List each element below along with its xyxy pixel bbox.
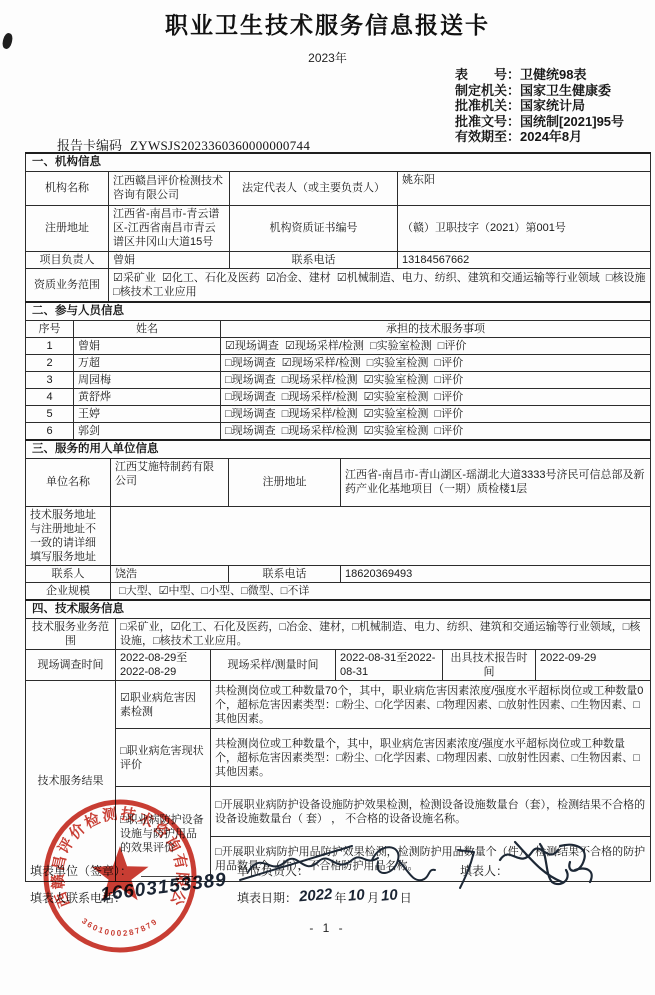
org-reg-addr-label: 注册地址: [26, 205, 109, 251]
form-meta-block: 表 号：卫健统98表 制定机关：国家卫生健康委 批准机关：国家统计局 批准文号：…: [455, 67, 624, 145]
form-title: 职业卫生技术服务信息报送卡: [0, 0, 655, 40]
result-item-status-evaluation: □职业病危害现状评价: [116, 729, 211, 787]
employer-phone-value: 18620369493: [341, 566, 651, 583]
employer-contact-value: 饶浩: [111, 566, 229, 583]
participant-tasks: □现场调查 □现场采样/检测 ☑实验室检测 □评价: [221, 405, 651, 422]
section4-table: 四、技术服务信息 技术服务业务范围 □采矿业，☑化工、石化及医药，□冶金、建材，…: [25, 599, 651, 882]
fill-date-label: 填表日期：: [237, 891, 297, 905]
employer-name-label: 单位名称: [26, 458, 111, 506]
participant-no: 5: [26, 405, 74, 422]
form-tables: 一、机构信息 机构名称 江西赣昌评价检测技术咨询有限公司 法定代表人（或主要负责…: [25, 152, 650, 882]
qual-scope-checkboxes: ☑采矿业 ☑化工、石化及医药 ☑冶金、建材 ☑机械制造、电力、纺织、建筑和交通运…: [109, 268, 651, 301]
page-number: - 1 -: [0, 921, 655, 935]
participant-name: 周园梅: [74, 371, 221, 388]
service-addr-value: [111, 506, 651, 565]
unit-head-label: 单位负责人：: [237, 862, 309, 879]
sign-unit-label: 填表单位（签章）：: [30, 862, 132, 879]
enterprise-size-checkboxes: □大型、☑中型、□小型、□微型、□不详: [111, 583, 651, 600]
filler-label: 填表人：: [460, 862, 508, 879]
report-time-value: 2022-09-29: [536, 650, 651, 681]
employer-reg-addr-label: 注册地址: [229, 458, 341, 506]
section3-title: 三、服务的用人单位信息: [26, 440, 651, 458]
participant-name: 曾娟: [74, 337, 221, 354]
meta-line-valid: 有效期至：2024年8月: [455, 129, 624, 145]
meta-line-approver: 批准机关：国家统计局: [455, 98, 624, 114]
employer-name-value: 江西艾施特制药有限公司: [111, 458, 229, 506]
fill-date-line: 填表日期：2022年10月10日: [237, 889, 412, 906]
project-manager-label: 项目负责人: [26, 251, 109, 268]
service-scope-checkboxes: □采矿业，☑化工、石化及医药，□冶金、建材，□机械制造、电力、纺织、建筑和交通运…: [116, 618, 651, 649]
participant-tasks: □现场调查 ☑现场采样/检测 □实验室检测 □评价: [221, 354, 651, 371]
report-card-code-value: ZYWSJS2023360360000000744: [130, 138, 310, 153]
result-item-factor-detection: ☑职业病危害因素检测: [116, 681, 211, 729]
participant-tasks: ☑现场调查 ☑现场采样/检测 □实验室检测 □评价: [221, 337, 651, 354]
year-suffix: 年: [334, 891, 346, 905]
employer-reg-addr-value: 江西省-南昌市-青山湖区-瑶湖北大道3333号济民可信总部及新药产业化基地项目（…: [341, 458, 651, 506]
participant-row: 2 万超 □现场调查 ☑现场采样/检测 □实验室检测 □评价: [26, 354, 651, 371]
section1-title: 一、机构信息: [26, 153, 651, 171]
org-phone-value: 13184567662: [398, 251, 651, 268]
section3-table: 三、服务的用人单位信息 单位名称 江西艾施特制药有限公司 注册地址 江西省-南昌…: [25, 439, 651, 600]
participant-tasks: □现场调查 □现场采样/检测 ☑实验室检测 □评价: [221, 388, 651, 405]
result-detail-status-evaluation: 共检测岗位或工种数量个，其中，职业病危害因素浓度/强度水平超标岗位或工种数量个，…: [211, 729, 651, 787]
employer-contact-label: 联系人: [26, 566, 111, 583]
participant-row: 3 周园梅 □现场调查 □现场采样/检测 ☑实验室检测 □评价: [26, 371, 651, 388]
participant-row: 1 曾娟 ☑现场调查 ☑现场采样/检测 □实验室检测 □评价: [26, 337, 651, 354]
cert-no-value: （赣）卫职技字（2021）第001号: [398, 205, 651, 251]
meta-line-form-no: 表 号：卫健统98表: [455, 67, 624, 83]
legal-rep-label: 法定代表人（或主要负责人）: [230, 171, 398, 205]
section1-table: 一、机构信息 机构名称 江西赣昌评价检测技术咨询有限公司 法定代表人（或主要负责…: [25, 152, 651, 302]
sampling-time-label: 现场采样/测量时间: [211, 650, 336, 681]
scanned-form-page: 职业卫生技术服务信息报送卡 2023年 表 号：卫健统98表 制定机关：国家卫生…: [0, 0, 655, 995]
legal-rep-value: 姚东阳: [398, 171, 651, 205]
meta-line-maker: 制定机关：国家卫生健康委: [455, 83, 624, 99]
participant-no: 2: [26, 354, 74, 371]
result-detail-factor-detection: 共检测岗位或工种数量70个，其中，职业病危害因素浓度/强度水平超标岗位或工种数量…: [211, 681, 651, 729]
cert-no-label: 机构资质证书编号: [230, 205, 398, 251]
section2-table: 二、参与人员信息 序号 姓名 承担的技术服务事项 1 曾娟 ☑现场调查 ☑现场采…: [25, 301, 651, 440]
service-addr-label: 技术服务地址与注册地址不一致的请详细填写服务地址: [26, 506, 111, 565]
participant-no: 1: [26, 337, 74, 354]
participant-row: 5 王婷 □现场调查 □现场采样/检测 ☑实验室检测 □评价: [26, 405, 651, 422]
participant-name: 黄舒烨: [74, 388, 221, 405]
service-scope-label: 技术服务业务范围: [26, 618, 116, 649]
employer-phone-label: 联系电话: [229, 566, 341, 583]
org-reg-addr-value: 江西省-南昌市-青云谱区-江西省南昌市青云谱区井冈山大道15号: [109, 205, 230, 251]
sampling-time-value: 2022-08-31至2022-08-31: [336, 650, 443, 681]
org-name-value: 江西赣昌评价检测技术咨询有限公司: [109, 171, 230, 205]
participant-name: 郭剑: [74, 422, 221, 439]
col-header-name: 姓名: [74, 320, 221, 337]
participant-name: 万超: [74, 354, 221, 371]
participant-name: 王婷: [74, 405, 221, 422]
section2-title: 二、参与人员信息: [26, 302, 651, 320]
service-result-label: 技术服务结果: [26, 681, 116, 882]
participant-tasks: □现场调查 □现场采样/检测 ☑实验室检测 □评价: [221, 371, 651, 388]
survey-time-label: 现场调查时间: [26, 650, 116, 681]
col-header-tasks: 承担的技术服务事项: [221, 320, 651, 337]
survey-time-value: 2022-08-29至2022-08-29: [116, 650, 211, 681]
org-phone-label: 联系电话: [230, 251, 398, 268]
day-suffix: 日: [400, 891, 412, 905]
participant-row: 6 郭剑 □现场调查 □现场采样/检测 ☑实验室检测 □评价: [26, 422, 651, 439]
participant-tasks: □现场调查 □现场采样/检测 ☑实验室检测 □评价: [221, 422, 651, 439]
month-suffix: 月: [367, 891, 379, 905]
participant-no: 3: [26, 371, 74, 388]
enterprise-size-label: 企业规模: [26, 583, 111, 600]
handwritten-day: 10: [380, 886, 398, 904]
meta-line-doc-no: 批准文号：国统制[2021]95号: [455, 114, 624, 130]
result-detail-equipment: □开展职业病防护设备设施防护效果检测，检测设备设施数量台（套），检测结果不合格的…: [211, 787, 651, 837]
org-name-label: 机构名称: [26, 171, 109, 205]
section4-title: 四、技术服务信息: [26, 600, 651, 618]
participant-no: 4: [26, 388, 74, 405]
handwritten-year: 2022: [298, 886, 333, 906]
form-year: 2023年: [0, 49, 655, 66]
qual-scope-label: 资质业务范围: [26, 268, 109, 301]
project-manager-value: 曾娟: [109, 251, 230, 268]
col-header-no: 序号: [26, 320, 74, 337]
participant-no: 6: [26, 422, 74, 439]
report-card-code-label: 报告卡编码: [57, 138, 122, 153]
report-time-label: 出具技术报告时间: [443, 650, 536, 681]
handwritten-month: 10: [348, 886, 366, 904]
participant-row: 4 黄舒烨 □现场调查 □现场采样/检测 ☑实验室检测 □评价: [26, 388, 651, 405]
